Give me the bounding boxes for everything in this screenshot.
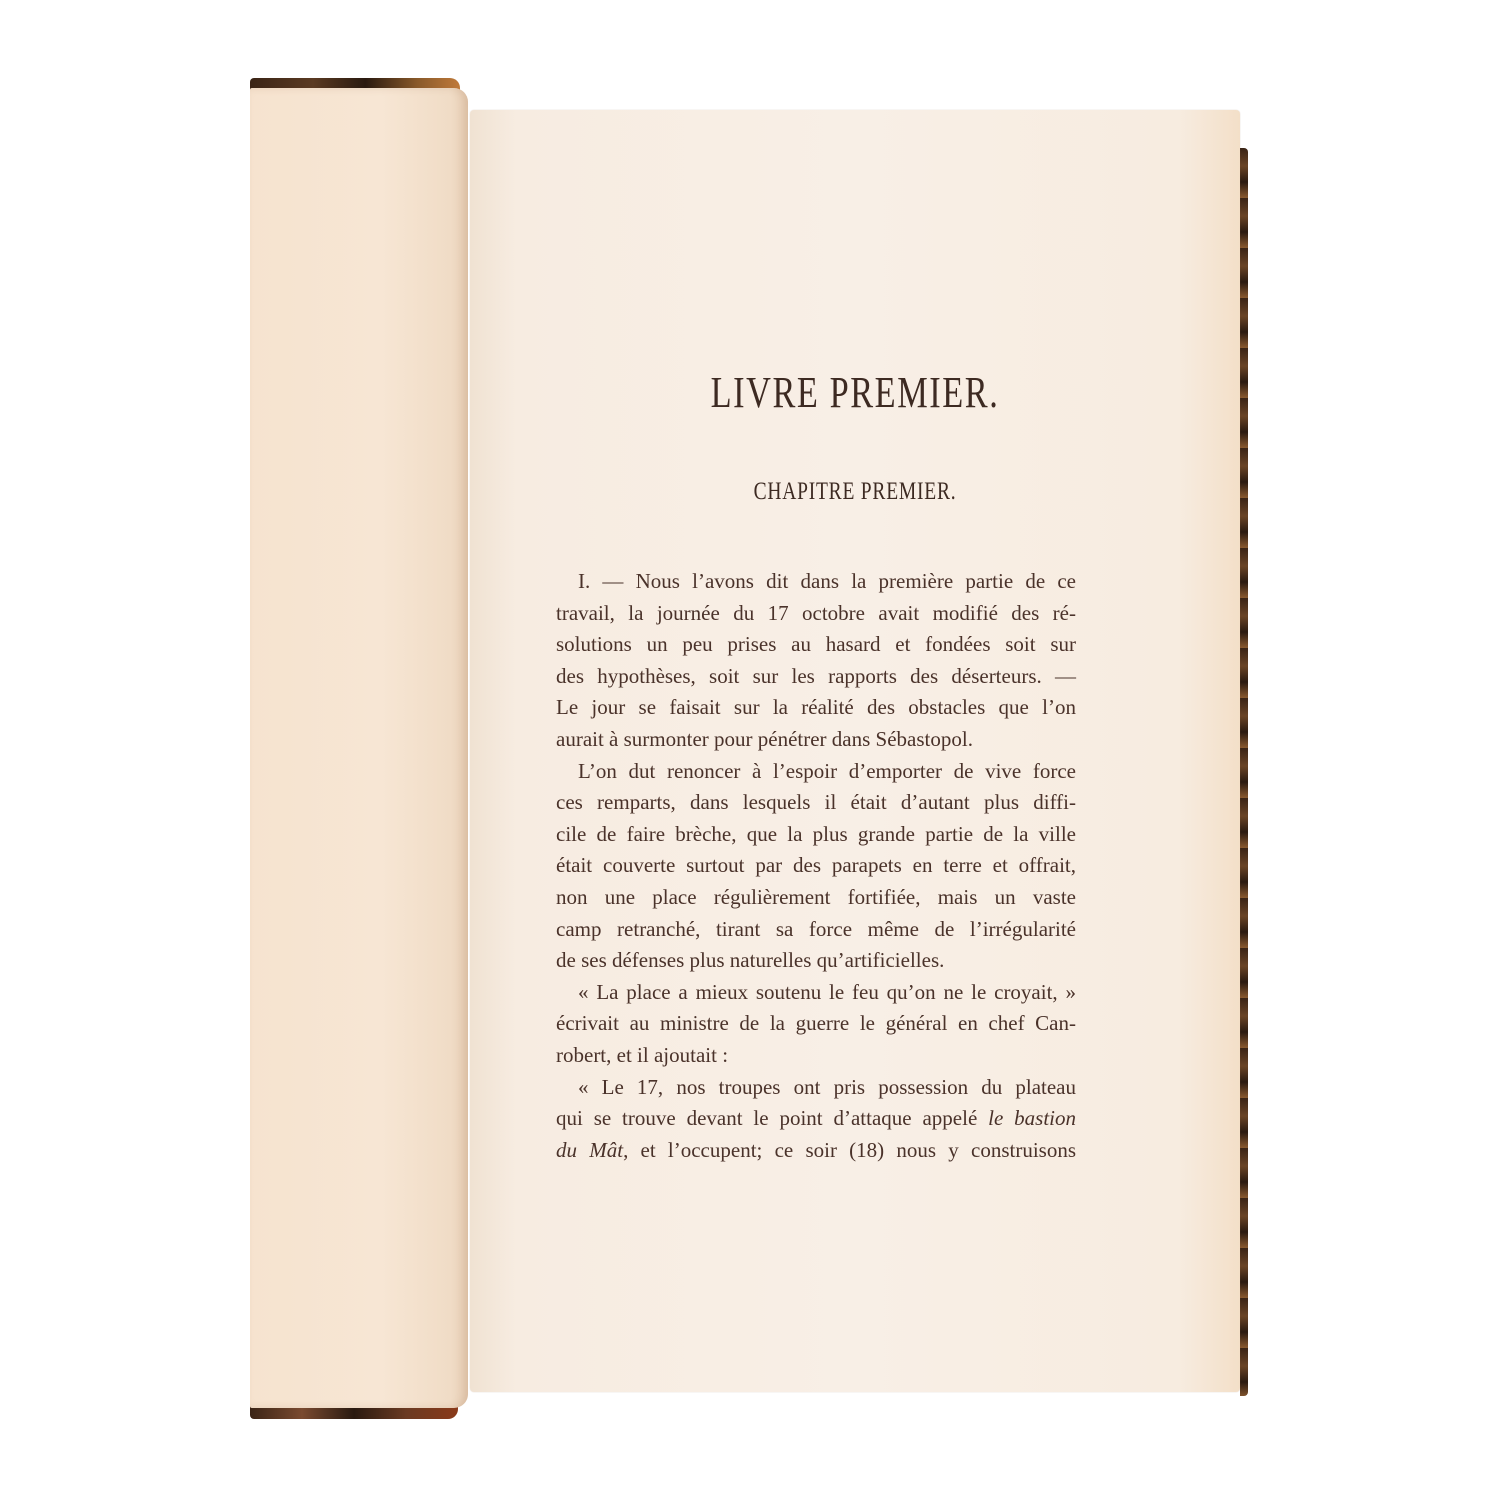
text-line: travail, la journée du 17 octobre avait … <box>556 598 1076 630</box>
text-line: I. — Nous l’avons dit dans la première p… <box>556 566 1076 598</box>
left-page-blank <box>250 88 468 1408</box>
text-line: était couverte surtout par des parapets … <box>556 850 1076 882</box>
text-segment: , et l’occupent; ce soir (18) nous y con… <box>623 1138 1076 1162</box>
text-line: écrivait au ministre de la guerre le gén… <box>556 1008 1076 1040</box>
chapter-title: CHAPITRE PREMIER. <box>555 478 1156 506</box>
italic-segment: le bastion <box>988 1106 1076 1130</box>
text-line: ces remparts, dans lesquels il était d’a… <box>556 787 1076 819</box>
italic-segment: du Mât <box>556 1138 623 1162</box>
book-title: LIVRE PREMIER. <box>555 367 1156 418</box>
text-line: camp retranché, tirant sa force même de … <box>556 914 1076 946</box>
text-line: robert, et il ajoutait : <box>556 1040 1076 1072</box>
text-line: aurait à surmonter pour pénétrer dans Sé… <box>556 724 1076 756</box>
text-line: du Mât, et l’occupent; ce soir (18) nous… <box>556 1135 1076 1167</box>
text-line: non une place régulièrement fortifiée, m… <box>556 882 1076 914</box>
text-line: Le jour se faisait sur la réalité des ob… <box>556 692 1076 724</box>
text-line: L’on dut renoncer à l’espoir d’emporter … <box>556 756 1076 788</box>
book-cover-right-edge <box>1240 148 1248 1396</box>
text-line: « Le 17, nos troupes ont pris possession… <box>556 1072 1076 1104</box>
text-line: cile de faire brèche, que la plus grande… <box>556 819 1076 851</box>
page-body-text: I. — Nous l’avons dit dans la première p… <box>556 566 1076 1166</box>
text-line: solutions un peu prises au hasard et fon… <box>556 629 1076 661</box>
text-line: « La place a mieux soutenu le feu qu’on … <box>556 977 1076 1009</box>
text-line: qui se trouve devant le point d’attaque … <box>556 1103 1076 1135</box>
text-segment: qui se trouve devant le point d’attaque … <box>556 1106 977 1130</box>
text-line: des hypothèses, soit sur les rapports de… <box>556 661 1076 693</box>
text-line: de ses défenses plus naturelles qu’artif… <box>556 945 1076 977</box>
